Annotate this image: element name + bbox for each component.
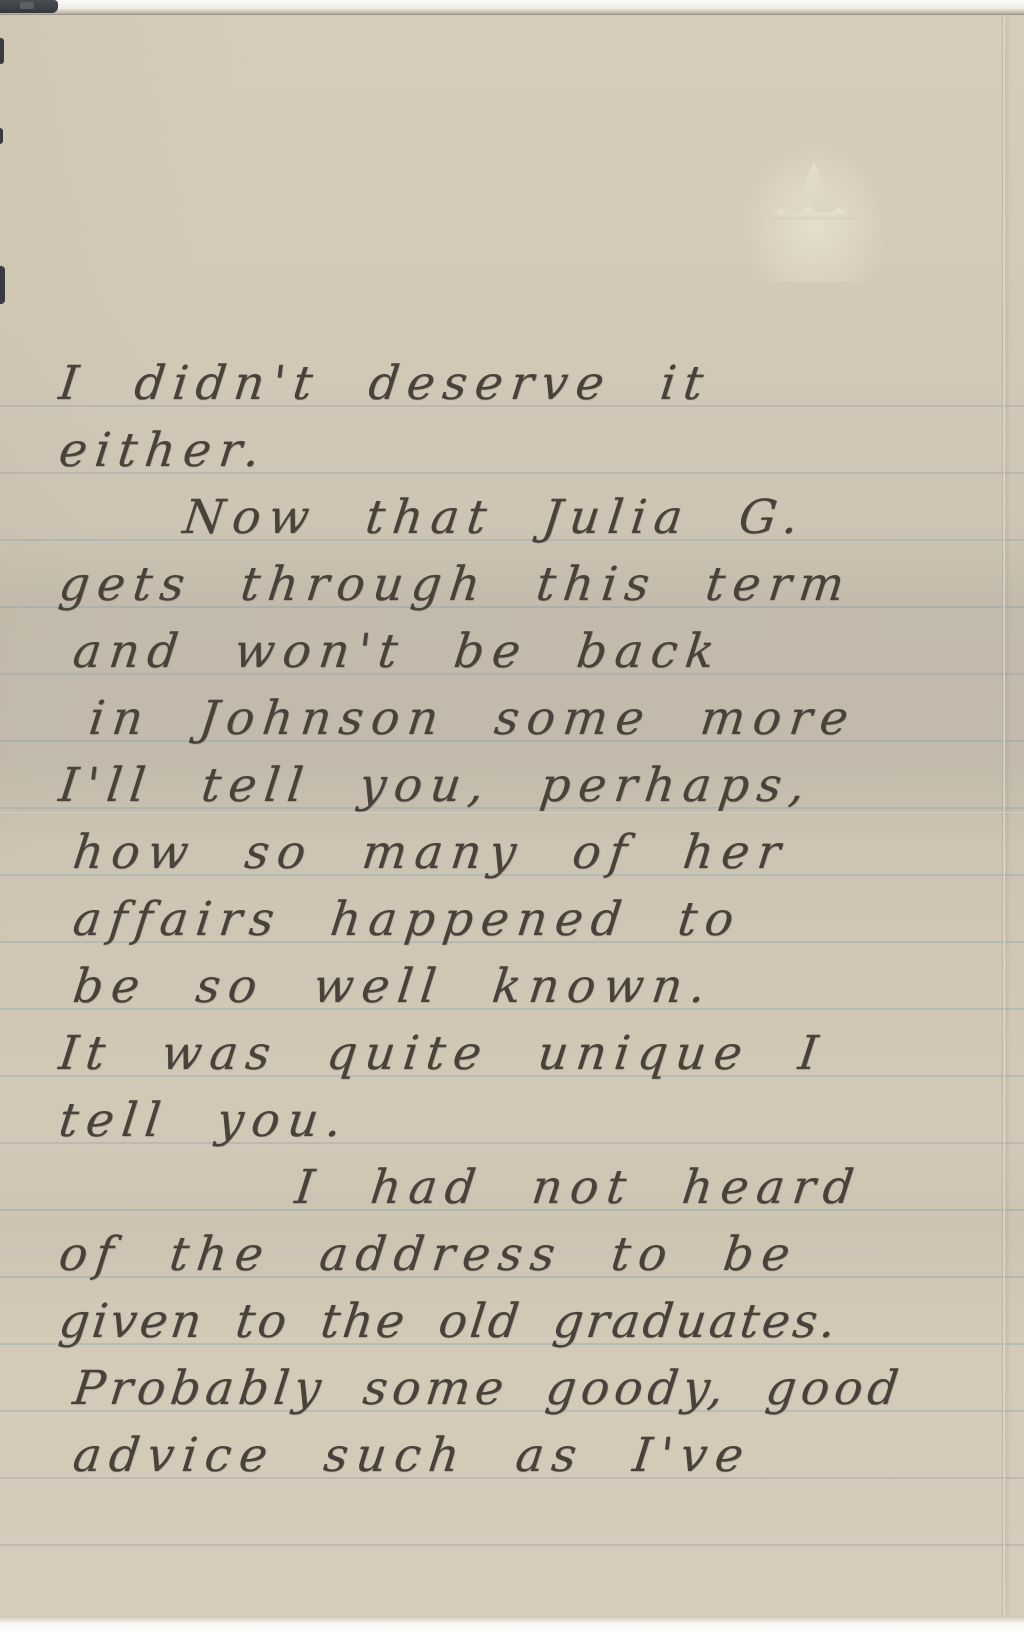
handwritten-line: be so well known. bbox=[69, 955, 1024, 1022]
handwritten-line: I'll tell you, perhaps, bbox=[55, 754, 1024, 821]
handwritten-line: and won't be back bbox=[69, 620, 1024, 687]
binder-clip bbox=[0, 0, 58, 13]
scan-left-edge-sliver bbox=[0, 38, 4, 64]
handwritten-line: affairs happened to bbox=[69, 888, 1024, 955]
handwritten-line: how so many of her bbox=[69, 821, 1024, 888]
letter-paper: I didn't deserve it either. Now that Jul… bbox=[0, 14, 1024, 1616]
handwritten-line: given to the old graduates. bbox=[55, 1290, 1024, 1357]
letter-body-text: I didn't deserve it either. Now that Jul… bbox=[55, 352, 1020, 1491]
handwritten-line: Probably some goody, good bbox=[69, 1357, 1024, 1424]
handwritten-line: gets through this term bbox=[55, 553, 1024, 620]
handwritten-line: I didn't deserve it bbox=[55, 352, 1024, 419]
handwritten-line: either. bbox=[55, 419, 1024, 486]
embossed-watermark bbox=[740, 142, 890, 282]
handwritten-line: Now that Julia G. bbox=[179, 486, 1024, 553]
scan-top-edge bbox=[0, 0, 1024, 15]
scan-bottom-edge bbox=[0, 1616, 1024, 1634]
scanned-letter-page: I didn't deserve it either. Now that Jul… bbox=[0, 0, 1024, 1634]
handwritten-line: It was quite unique I bbox=[55, 1022, 1024, 1089]
handwritten-line: in Johnson some more bbox=[85, 687, 1024, 754]
handwritten-line: advice such as I've bbox=[69, 1424, 1024, 1491]
handwritten-line: tell you. bbox=[55, 1089, 1024, 1156]
scan-left-edge-sliver bbox=[0, 128, 3, 144]
scan-left-edge-sliver bbox=[0, 266, 5, 304]
handwritten-line: I had not heard bbox=[291, 1156, 1024, 1223]
handwritten-line: of the address to be bbox=[55, 1223, 1024, 1290]
